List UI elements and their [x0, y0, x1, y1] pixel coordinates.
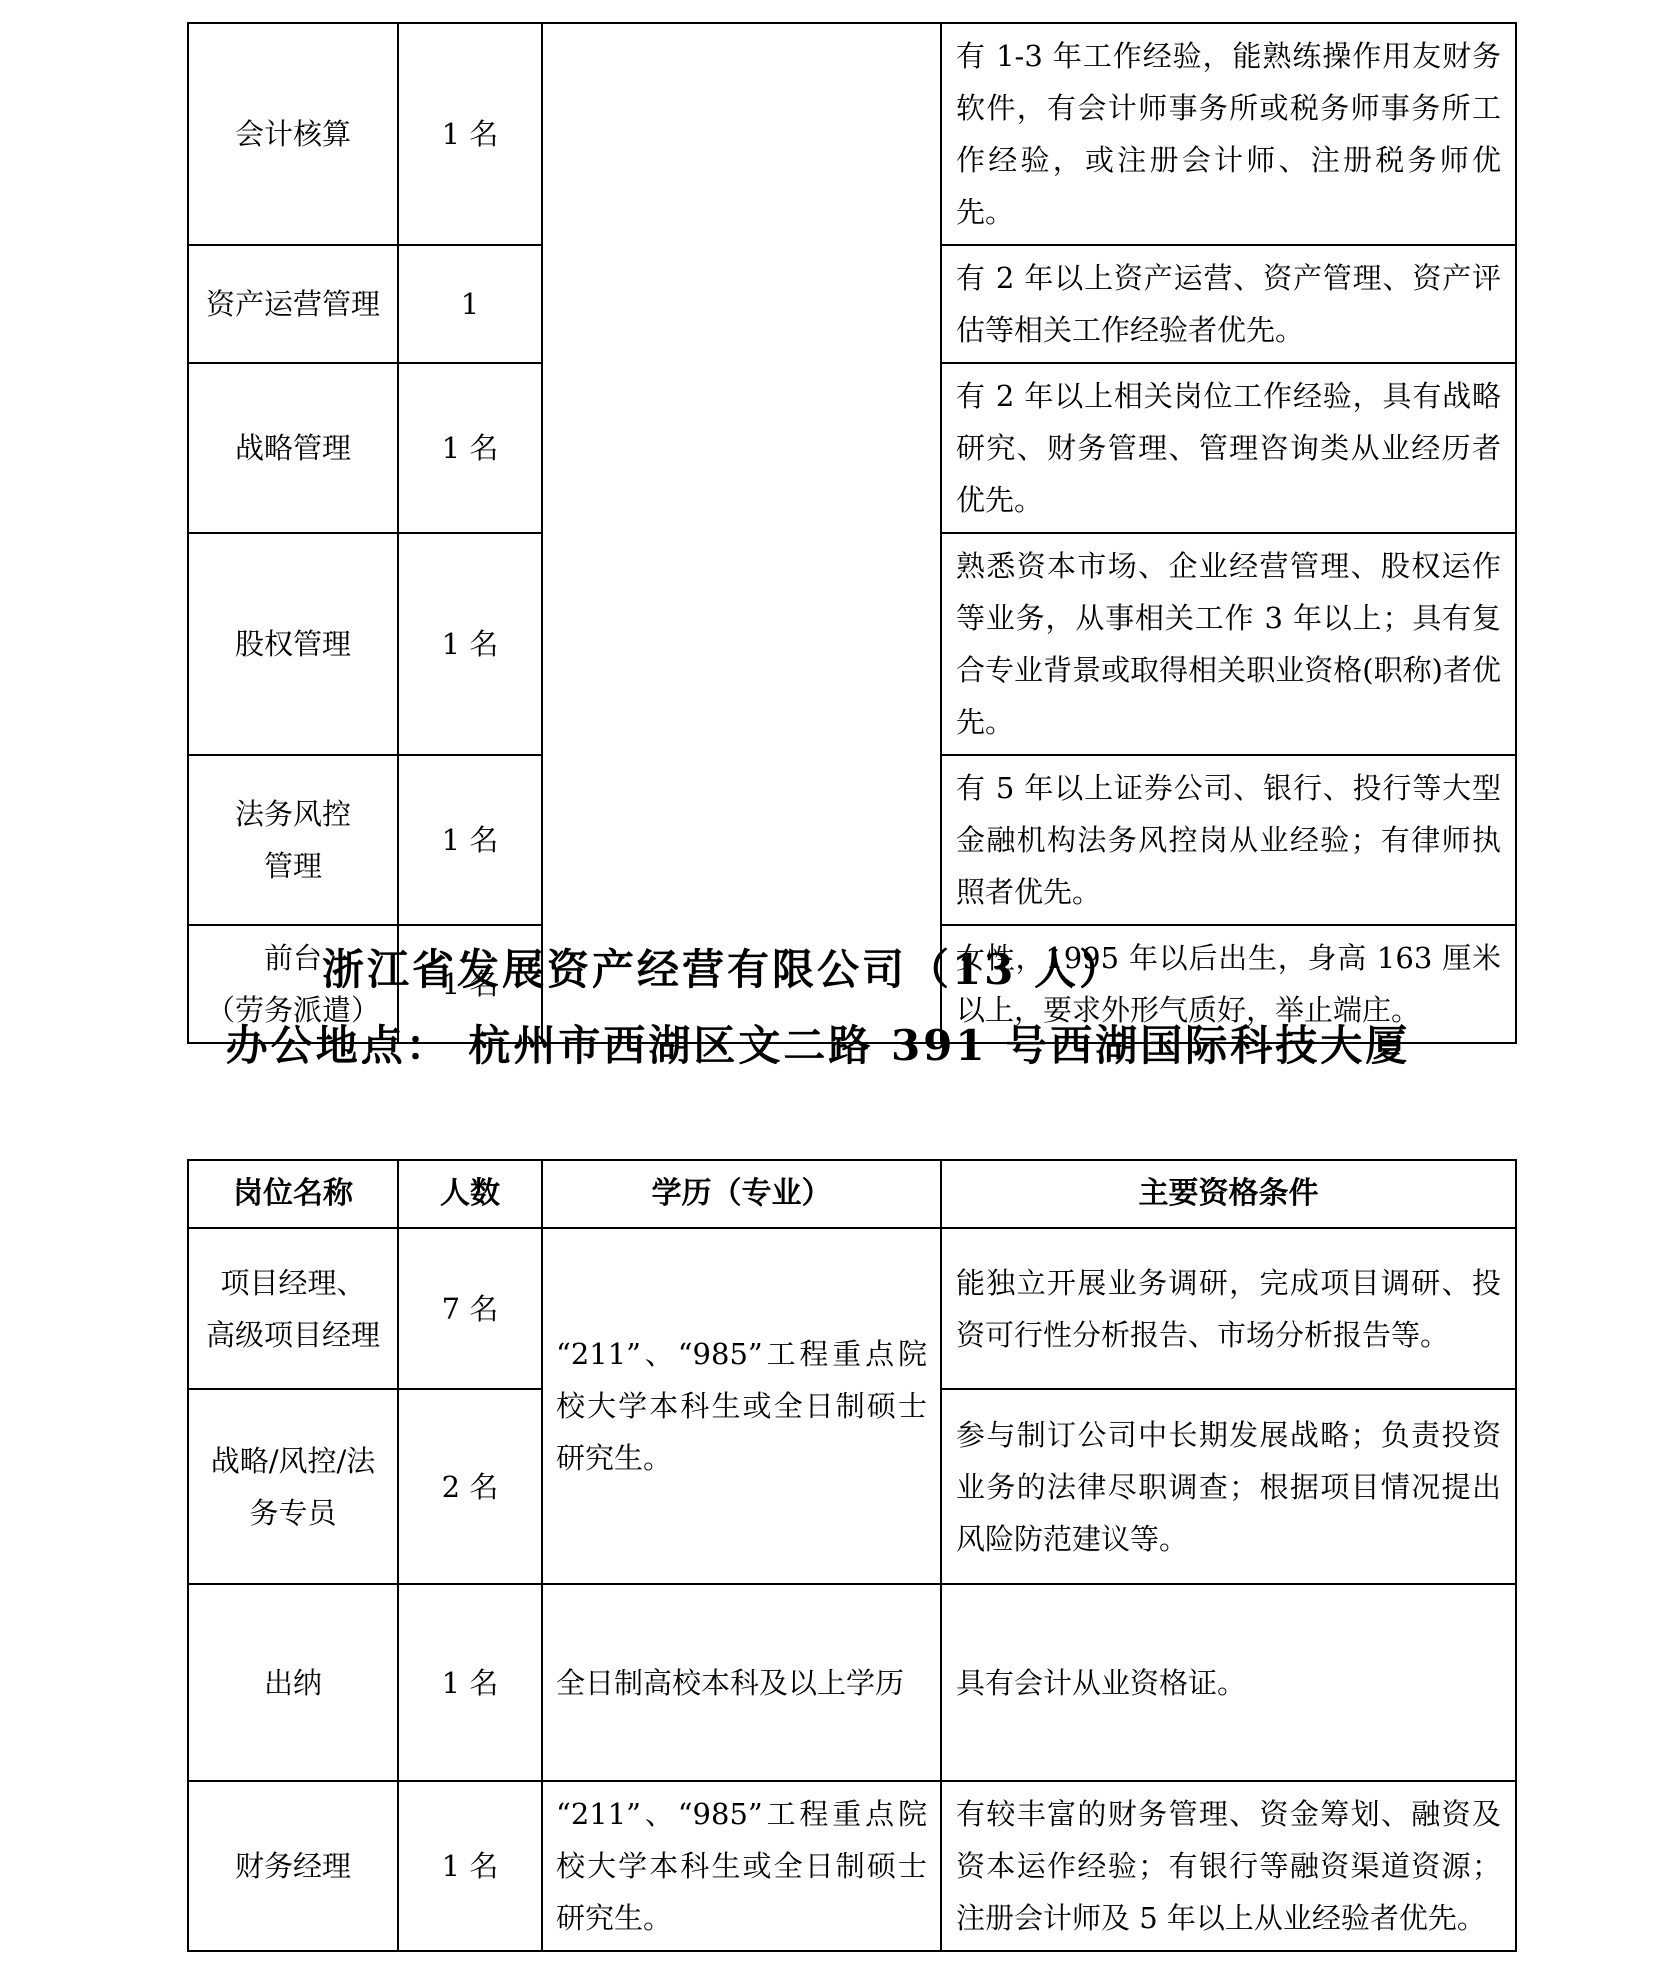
company-title: 浙江省发展资产经营有限公司（13 人） [0, 940, 1446, 1000]
requirements-cell: 有 5 年以上证券公司、银行、投行等大型金融机构法务风控岗从业经验；有律师执照者… [941, 755, 1516, 925]
header-position: 岗位名称 [188, 1160, 398, 1228]
position-cell: 战略/风控/法 务专员 [188, 1389, 398, 1584]
requirements-cell: 参与制订公司中长期发展战略；负责投资业务的法律尽职调查；根据项目情况提出风险防范… [941, 1389, 1516, 1584]
count-cell: 1 名 [398, 363, 542, 533]
header-requirements: 主要资格条件 [941, 1160, 1516, 1228]
count-cell: 7 名 [398, 1228, 542, 1389]
office-location: 办公地点： 杭州市西湖区文二路 391 号西湖国际科技大厦 [0, 1016, 1636, 1076]
count-cell: 1 名 [398, 755, 542, 925]
position-cell: 会计核算 [188, 23, 398, 245]
table-header-row: 岗位名称 人数 学历（专业） 主要资格条件 [188, 1160, 1516, 1228]
requirements-cell: 有较丰富的财务管理、资金筹划、融资及资本运作经验；有银行等融资渠道资源；注册会计… [941, 1781, 1516, 1951]
count-cell: 1 [398, 245, 542, 363]
position-cell: 项目经理、 高级项目经理 [188, 1228, 398, 1389]
header-count: 人数 [398, 1160, 542, 1228]
education-merged-cell: “211”、“985”工程重点院校大学本科生或全日制硕士研究生。 [542, 1228, 941, 1584]
table-row: 财务经理 1 名 “211”、“985”工程重点院校大学本科生或全日制硕士研究生… [188, 1781, 1516, 1951]
positions-table-continued: 会计核算 1 名 有 1-3 年工作经验，能熟练操作用友财务软件，有会计师事务所… [187, 22, 1517, 1044]
table-row: 出纳 1 名 全日制高校本科及以上学历 具有会计从业资格证。 [188, 1584, 1516, 1781]
requirements-cell: 具有会计从业资格证。 [941, 1584, 1516, 1781]
count-cell: 1 名 [398, 23, 542, 245]
count-cell: 2 名 [398, 1389, 542, 1584]
table-row: 项目经理、 高级项目经理 7 名 “211”、“985”工程重点院校大学本科生或… [188, 1228, 1516, 1389]
position-cell: 战略管理 [188, 363, 398, 533]
count-cell: 1 名 [398, 1781, 542, 1951]
count-cell: 1 名 [398, 533, 542, 755]
requirements-cell: 有 2 年以上相关岗位工作经验，具有战略研究、财务管理、管理咨询类从业经历者优先… [941, 363, 1516, 533]
position-cell: 法务风控 管理 [188, 755, 398, 925]
positions-table-zjfz: 岗位名称 人数 学历（专业） 主要资格条件 项目经理、 高级项目经理 7 名 “… [187, 1159, 1517, 1952]
table-row: 会计核算 1 名 有 1-3 年工作经验，能熟练操作用友财务软件，有会计师事务所… [188, 23, 1516, 245]
requirements-cell: 有 2 年以上资产运营、资产管理、资产评估等相关工作经验者优先。 [941, 245, 1516, 363]
position-cell: 资产运营管理 [188, 245, 398, 363]
requirements-cell: 有 1-3 年工作经验，能熟练操作用友财务软件，有会计师事务所或税务师事务所工作… [941, 23, 1516, 245]
position-cell: 财务经理 [188, 1781, 398, 1951]
requirements-cell: 能独立开展业务调研，完成项目调研、投资可行性分析报告、市场分析报告等。 [941, 1228, 1516, 1389]
position-cell: 出纳 [188, 1584, 398, 1781]
education-cell: “211”、“985”工程重点院校大学本科生或全日制硕士研究生。 [542, 1781, 941, 1951]
education-cell: 全日制高校本科及以上学历 [542, 1584, 941, 1781]
position-cell: 股权管理 [188, 533, 398, 755]
education-merged-empty-cell [542, 23, 941, 1043]
header-education: 学历（专业） [542, 1160, 941, 1228]
requirements-cell: 熟悉资本市场、企业经营管理、股权运作等业务，从事相关工作 3 年以上；具有复合专… [941, 533, 1516, 755]
count-cell: 1 名 [398, 1584, 542, 1781]
